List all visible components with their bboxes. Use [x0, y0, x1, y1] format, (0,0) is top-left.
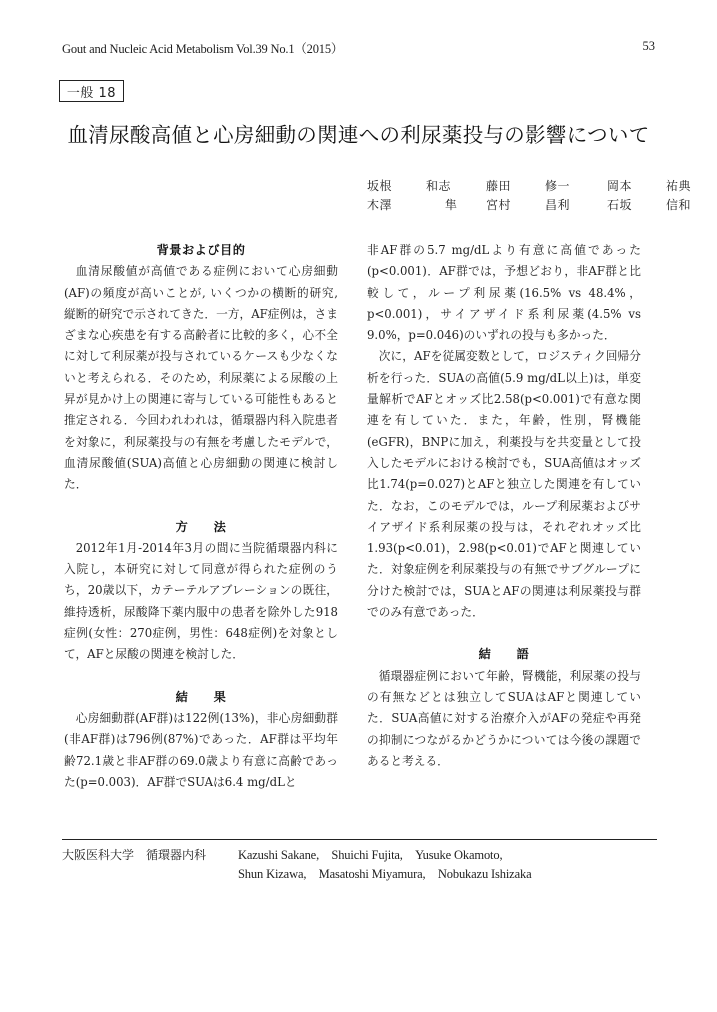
right-column: 非AF群の5.7 mg/dLより有意に高値であった(p<0.001)．AF群では…	[367, 240, 641, 772]
results-paragraph-left: 心房細動群(AF群)は122例(13%)，非心房細動群(非AF群)は796例(8…	[64, 708, 338, 793]
left-column: 背景および目的 血清尿酸値が高値である症例において心房細動(AF)の頻度が高いこ…	[64, 240, 338, 793]
author-given-name: 信和	[666, 196, 717, 215]
results-paragraph-regression: 次に，AFを従属変数として，ロジスティク回帰分析を行った．SUAの高値(5.9 …	[367, 346, 641, 623]
article-title: 血清尿酸高値と心房細動の関連への利尿薬投与の影響について	[0, 118, 717, 148]
session-badge: 一般 18	[59, 80, 124, 102]
author-row: 坂根 和志 藤田 修一 岡本 祐典	[367, 177, 717, 196]
author-names-line: Shun Kizawa, Masatoshi Miyamura, Nobukaz…	[238, 865, 531, 884]
methods-paragraph: 2012年1月-2014年3月の間に当院循環器内科に入院し，本研究に対して同意が…	[64, 538, 338, 666]
running-head: Gout and Nucleic Acid Metabolism Vol.39 …	[62, 39, 343, 57]
author-given-name: 和志	[426, 177, 486, 196]
author-names-romanized: Kazushi Sakane, Shuichi Fujita, Yusuke O…	[238, 846, 531, 884]
section-heading-background: 背景および目的	[64, 240, 338, 261]
author-row: 木澤 隼 宮村 昌利 石坂 信和	[367, 196, 717, 215]
page-number: 53	[643, 39, 656, 54]
author-family-name: 藤田	[486, 177, 545, 196]
author-given-name: 隼	[426, 196, 486, 215]
author-family-name: 木澤	[367, 196, 426, 215]
affiliation: 大阪医科大学 循環器内科	[62, 846, 206, 865]
author-family-name: 坂根	[367, 177, 426, 196]
section-heading-conclusion: 結 語	[367, 644, 641, 665]
section-heading-results: 結 果	[64, 687, 338, 708]
author-given-name: 祐典	[666, 177, 717, 196]
author-names-line: Kazushi Sakane, Shuichi Fujita, Yusuke O…	[238, 846, 531, 865]
author-given-name: 修一	[545, 177, 607, 196]
author-family-name: 宮村	[486, 196, 545, 215]
author-given-name: 昌利	[545, 196, 607, 215]
author-family-name: 岡本	[607, 177, 666, 196]
author-list: 坂根 和志 藤田 修一 岡本 祐典 木澤 隼 宮村 昌利 石坂 信和	[367, 177, 717, 215]
author-family-name: 石坂	[607, 196, 666, 215]
section-heading-methods: 方 法	[64, 517, 338, 538]
background-paragraph: 血清尿酸値が高値である症例において心房細動(AF)の頻度が高いことが, いくつか…	[64, 261, 338, 495]
conclusion-paragraph: 循環器症例において年齢，腎機能，利尿薬の投与の有無などとは独立してSUAはAFと…	[367, 666, 641, 772]
footer-divider	[62, 839, 657, 840]
results-paragraph-continued: 非AF群の5.7 mg/dLより有意に高値であった(p<0.001)．AF群では…	[367, 240, 641, 346]
